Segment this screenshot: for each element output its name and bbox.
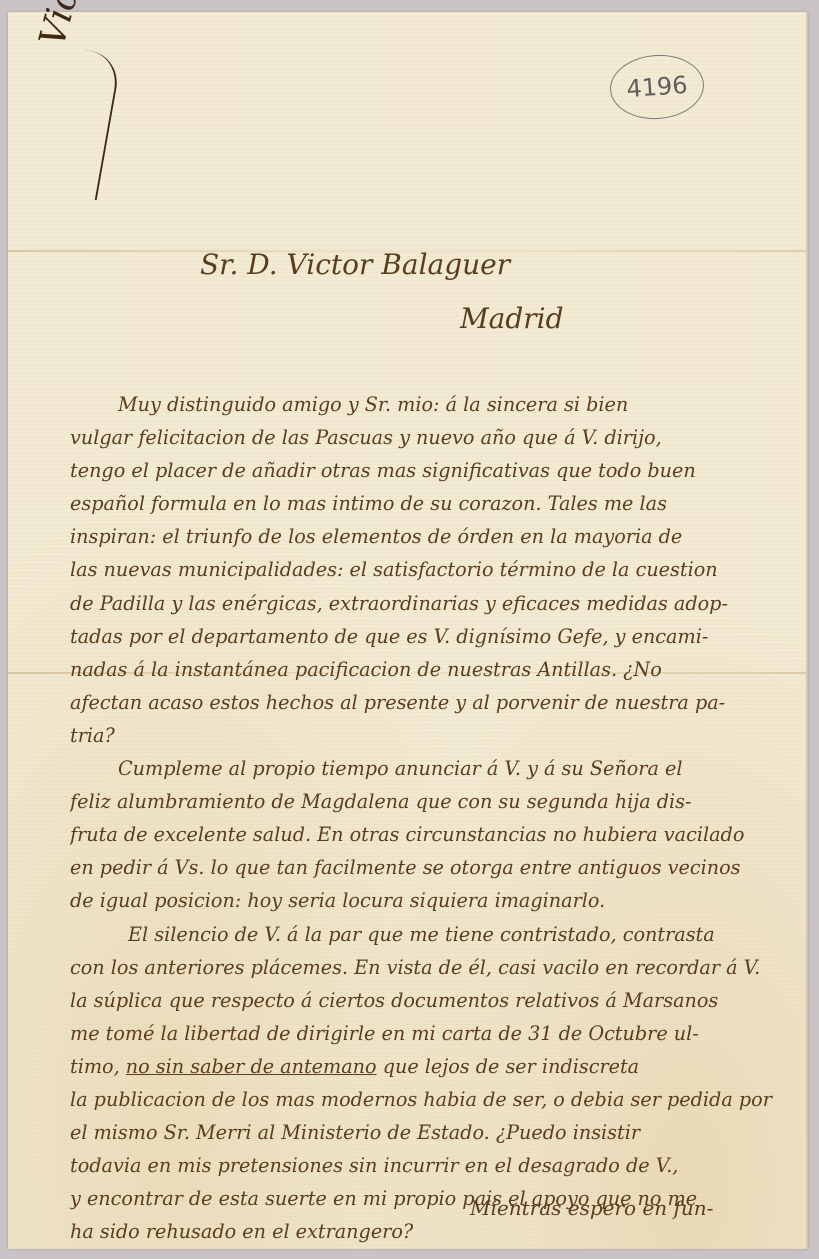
body-line: fruta de excelente salud. En otras circu… [70, 818, 790, 851]
body-line: en pedir á Vs. lo que tan facilmente se … [70, 851, 790, 884]
body-line: la publicacion de los mas modernos habia… [70, 1083, 790, 1116]
body-line: la súplica que respecto á ciertos docume… [70, 984, 790, 1017]
closing-line: Mientras espero en fun- [470, 1196, 713, 1220]
body-line: de Padilla y las enérgicas, extraordinar… [70, 587, 790, 620]
body-line: español formula en lo mas intimo de su c… [70, 487, 790, 520]
body-line: feliz alumbramiento de Magdalena que con… [70, 785, 790, 818]
body-line: me tomé la libertad de dirigirle en mi c… [70, 1017, 790, 1050]
body-line: timo, no sin saber de antemano que lejos… [70, 1050, 790, 1083]
body-line: las nuevas municipalidades: el satisfact… [70, 553, 790, 586]
body-line: con los anteriores plácemes. En vista de… [70, 951, 790, 984]
underlined-phrase: no sin saber de antemano [126, 1055, 377, 1078]
body-line: nadas á la instantánea pacificacion de n… [70, 653, 790, 686]
body-line: el mismo Sr. Merri al Ministerio de Esta… [70, 1116, 790, 1149]
body-line: El silencio de V. á la par que me tiene … [70, 918, 790, 951]
addressee-line: Sr. D. Victor Balaguer [200, 248, 510, 281]
letter-body: Muy distinguido amigo y Sr. mio: á la si… [70, 388, 790, 1248]
addressee-city: Madrid [460, 302, 564, 335]
body-line: tengo el placer de añadir otras mas sign… [70, 454, 790, 487]
body-line: tadas por el departamento de que es V. d… [70, 620, 790, 653]
body-line: inspiran: el triunfo de los elementos de… [70, 520, 790, 553]
body-line: de igual posicion: hoy seria locura siqu… [70, 884, 790, 917]
body-line: Muy distinguido amigo y Sr. mio: á la si… [70, 388, 790, 421]
body-line: todavia en mis pretensiones sin incurrir… [70, 1149, 790, 1182]
body-line: Cumpleme al propio tiempo anunciar á V. … [70, 752, 790, 785]
body-line: afectan acaso estos hechos al presente y… [70, 686, 790, 719]
body-line: vulgar felicitacion de las Pascuas y nue… [70, 421, 790, 454]
body-line: tria? [70, 719, 790, 752]
body-line: ha sido rehusado en el extrangero? [70, 1215, 790, 1248]
